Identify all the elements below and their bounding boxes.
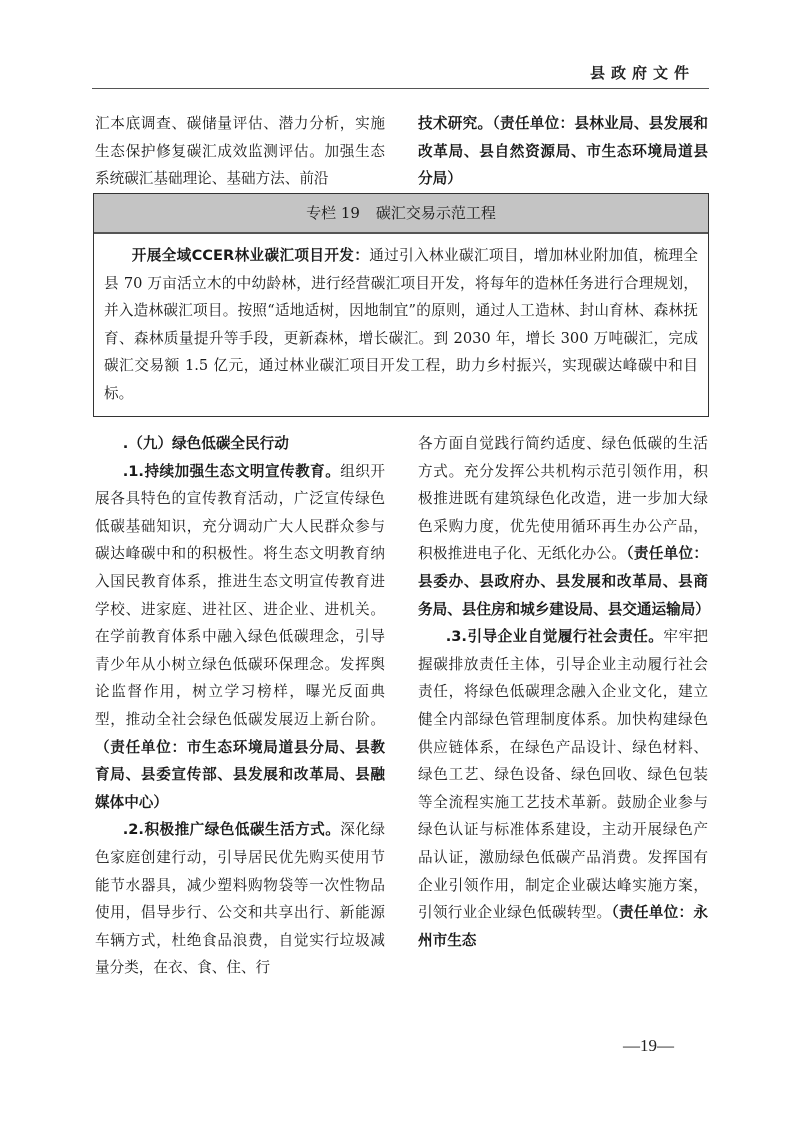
item-2: .2.积极推广绿色低碳生活方式。深化绿色家庭创建行动，引导居民优先购买使用节能节… [95, 816, 385, 982]
item-1-title: .1.持续加强生态文明宣传教育。 [123, 463, 341, 480]
item-1-body: 组织开展各具特色的宣传教育活动，广泛宣传绿色低碳基础知识，充分调动广大人民群众参… [95, 463, 385, 728]
responsible-units: 技术研究。（责任单位：县林业局、县发展和改革局、县自然资源局、市生态环境局道县分… [418, 110, 708, 193]
item-3: .3.引导企业自觉履行社会责任。牢牢把握碳排放责任主体，引导企业主动履行社会责任… [418, 623, 708, 954]
top-right-continuation: 技术研究。（责任单位：县林业局、县发展和改革局、县自然资源局、市生态环境局道县分… [418, 110, 708, 193]
section-heading: .（九）绿色低碳全民行动 [95, 430, 385, 458]
feature-box-text: 通过引入林业碳汇项目，增加林业附加值，梳理全县 70 万亩活立木的中幼龄林，进行… [104, 247, 698, 402]
running-header: 县政府文件 [92, 62, 709, 89]
item-1-responsible: （责任单位：市生态环境局道县分局、县教育局、县委宣传部、县发展和改革局、县融媒体… [95, 739, 385, 811]
feature-box-number: 专栏 19 [306, 204, 360, 222]
item-1: .1.持续加强生态文明宣传教育。组织开展各具特色的宣传教育活动，广泛宣传绿色低碳… [95, 458, 385, 817]
paragraph: 汇本底调查、碳储量评估、潜力分析，实施生态保护修复碳汇成效监测评估。加强生态系统… [95, 110, 385, 193]
right-column: 各方面自觉践行简约适度、绿色低碳的生活方式。充分发挥公共机构示范引领作用，积极推… [418, 430, 708, 954]
header-title: 县政府文件 [590, 62, 695, 83]
feature-box-lead: 开展全域CCER林业碳汇项目开发： [132, 247, 369, 264]
top-left-continuation: 汇本底调查、碳储量评估、潜力分析，实施生态保护修复碳汇成效监测评估。加强生态系统… [95, 110, 385, 193]
item-3-body: 牢牢把握碳排放责任主体，引导企业主动履行社会责任，将绿色低碳理念融入企业文化，建… [418, 628, 708, 921]
feature-box-title: 碳汇交易示范工程 [376, 204, 496, 222]
item-3-title: .3.引导企业自觉履行社会责任。 [446, 628, 664, 645]
item-2-body: 深化绿色家庭创建行动，引导居民优先购买使用节能节水器具，减少塑料购物袋等一次性物… [95, 821, 385, 976]
feature-box-header: 专栏 19碳汇交易示范工程 [94, 194, 708, 234]
item-2-continued: 各方面自觉践行简约适度、绿色低碳的生活方式。充分发挥公共机构示范引领作用，积极推… [418, 430, 708, 623]
item-2-title: .2.积极推广绿色低碳生活方式。 [123, 821, 341, 838]
left-column: .（九）绿色低碳全民行动 .1.持续加强生态文明宣传教育。组织开展各具特色的宣传… [95, 430, 385, 982]
feature-box: 专栏 19碳汇交易示范工程 开展全域CCER林业碳汇项目开发：通过引入林业碳汇项… [93, 193, 709, 417]
item-2-body-cont: 各方面自觉践行简约适度、绿色低碳的生活方式。充分发挥公共机构示范引领作用，积极推… [418, 435, 708, 562]
feature-box-body: 开展全域CCER林业碳汇项目开发：通过引入林业碳汇项目，增加林业附加值，梳理全县… [94, 234, 708, 416]
page-number: —19— [623, 1036, 674, 1056]
